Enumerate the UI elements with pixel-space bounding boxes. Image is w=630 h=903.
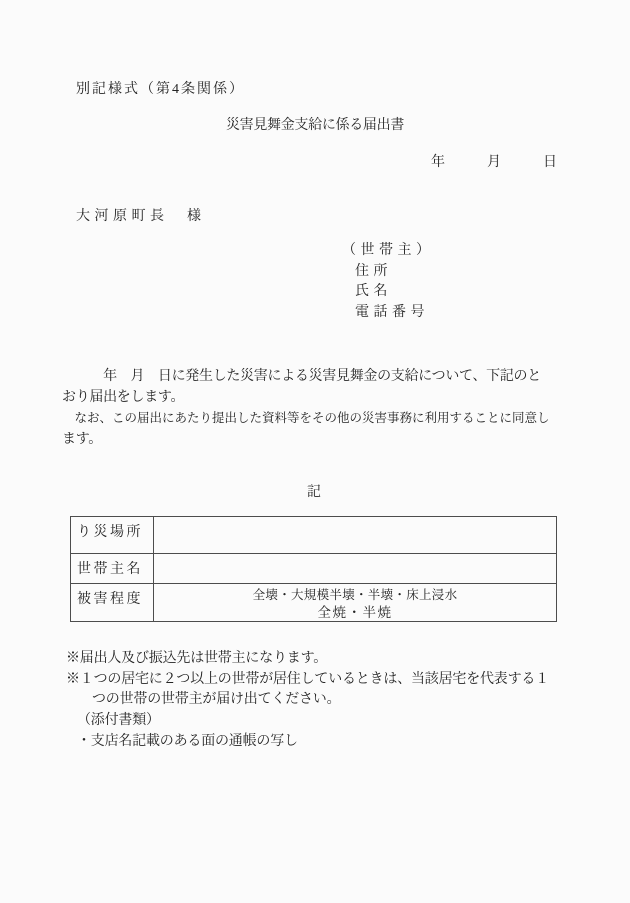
note-line-2: ※１つの居宅に２つ以上の世帯が居住しているときは、当該居宅を代表する１ bbox=[66, 670, 549, 691]
table-row-label: 世帯主名 bbox=[71, 554, 154, 583]
section-marker-ki: 記 bbox=[0, 481, 630, 501]
body-line-4: ます。 bbox=[62, 429, 568, 450]
table-row-household-head-name: 世帯主名 bbox=[71, 553, 556, 583]
table-row-value-blank bbox=[154, 517, 556, 553]
name-field-label: 氏名 bbox=[342, 282, 435, 303]
applicant-block: （世帯主） 住所 氏名 電話番号 bbox=[342, 241, 435, 323]
table-row-disaster-place: り災場所 bbox=[71, 517, 556, 553]
body-line-1: 年 月 日に発生した災害による災害見舞金の支給について、下記のと bbox=[62, 366, 568, 387]
document-title: 災害見舞金支給に係る届出書 bbox=[0, 114, 630, 134]
details-table: り災場所 世帯主名 被害程度 全壊・大規模半壊・半壊・床上浸水 全焼・半焼 bbox=[70, 516, 557, 622]
table-row-label: り災場所 bbox=[71, 517, 154, 553]
table-row-label: 被害程度 bbox=[71, 584, 154, 621]
footnotes-block: ※届出人及び振込先は世帯主になります。 ※１つの居宅に２つ以上の世帯が居住してい… bbox=[66, 649, 549, 753]
note-line-1: ※届出人及び振込先は世帯主になります。 bbox=[66, 649, 549, 670]
body-line-3: なお、この届出にあたり提出した資料等をその他の災害事務に利用することに同意し bbox=[62, 408, 568, 429]
table-row-damage-degree: 被害程度 全壊・大規模半壊・半壊・床上浸水 全焼・半焼 bbox=[71, 583, 556, 621]
damage-options-line-2: 全焼・半焼 bbox=[154, 604, 556, 622]
phone-field-label: 電話番号 bbox=[342, 303, 435, 324]
body-line-2: おり届出をします。 bbox=[62, 387, 568, 408]
note-line-5-attached-doc-item: ・支店名記載のある面の通帳の写し bbox=[66, 732, 549, 753]
form-reference-label: 別記様式（第4条関係） bbox=[76, 78, 245, 98]
date-blank-line: 年 月 日 bbox=[431, 151, 557, 171]
applicant-heading: （世帯主） bbox=[342, 241, 435, 262]
document-page: 別記様式（第4条関係） 災害見舞金支給に係る届出書 年 月 日 大河原町長 様 … bbox=[0, 0, 630, 903]
table-row-value-damage-options: 全壊・大規模半壊・半壊・床上浸水 全焼・半焼 bbox=[154, 584, 556, 621]
table-row-value-blank bbox=[154, 554, 556, 583]
addressee-line: 大河原町長 様 bbox=[76, 205, 206, 225]
damage-options-line-1: 全壊・大規模半壊・半壊・床上浸水 bbox=[154, 586, 556, 604]
note-line-4-attached-docs-heading: （添付書類） bbox=[66, 711, 549, 732]
body-paragraphs: 年 月 日に発生した災害による災害見舞金の支給について、下記のと おり届出をしま… bbox=[62, 366, 568, 450]
address-field-label: 住所 bbox=[342, 262, 435, 283]
note-line-3: つの世帯の世帯主が届け出てください。 bbox=[66, 690, 549, 711]
